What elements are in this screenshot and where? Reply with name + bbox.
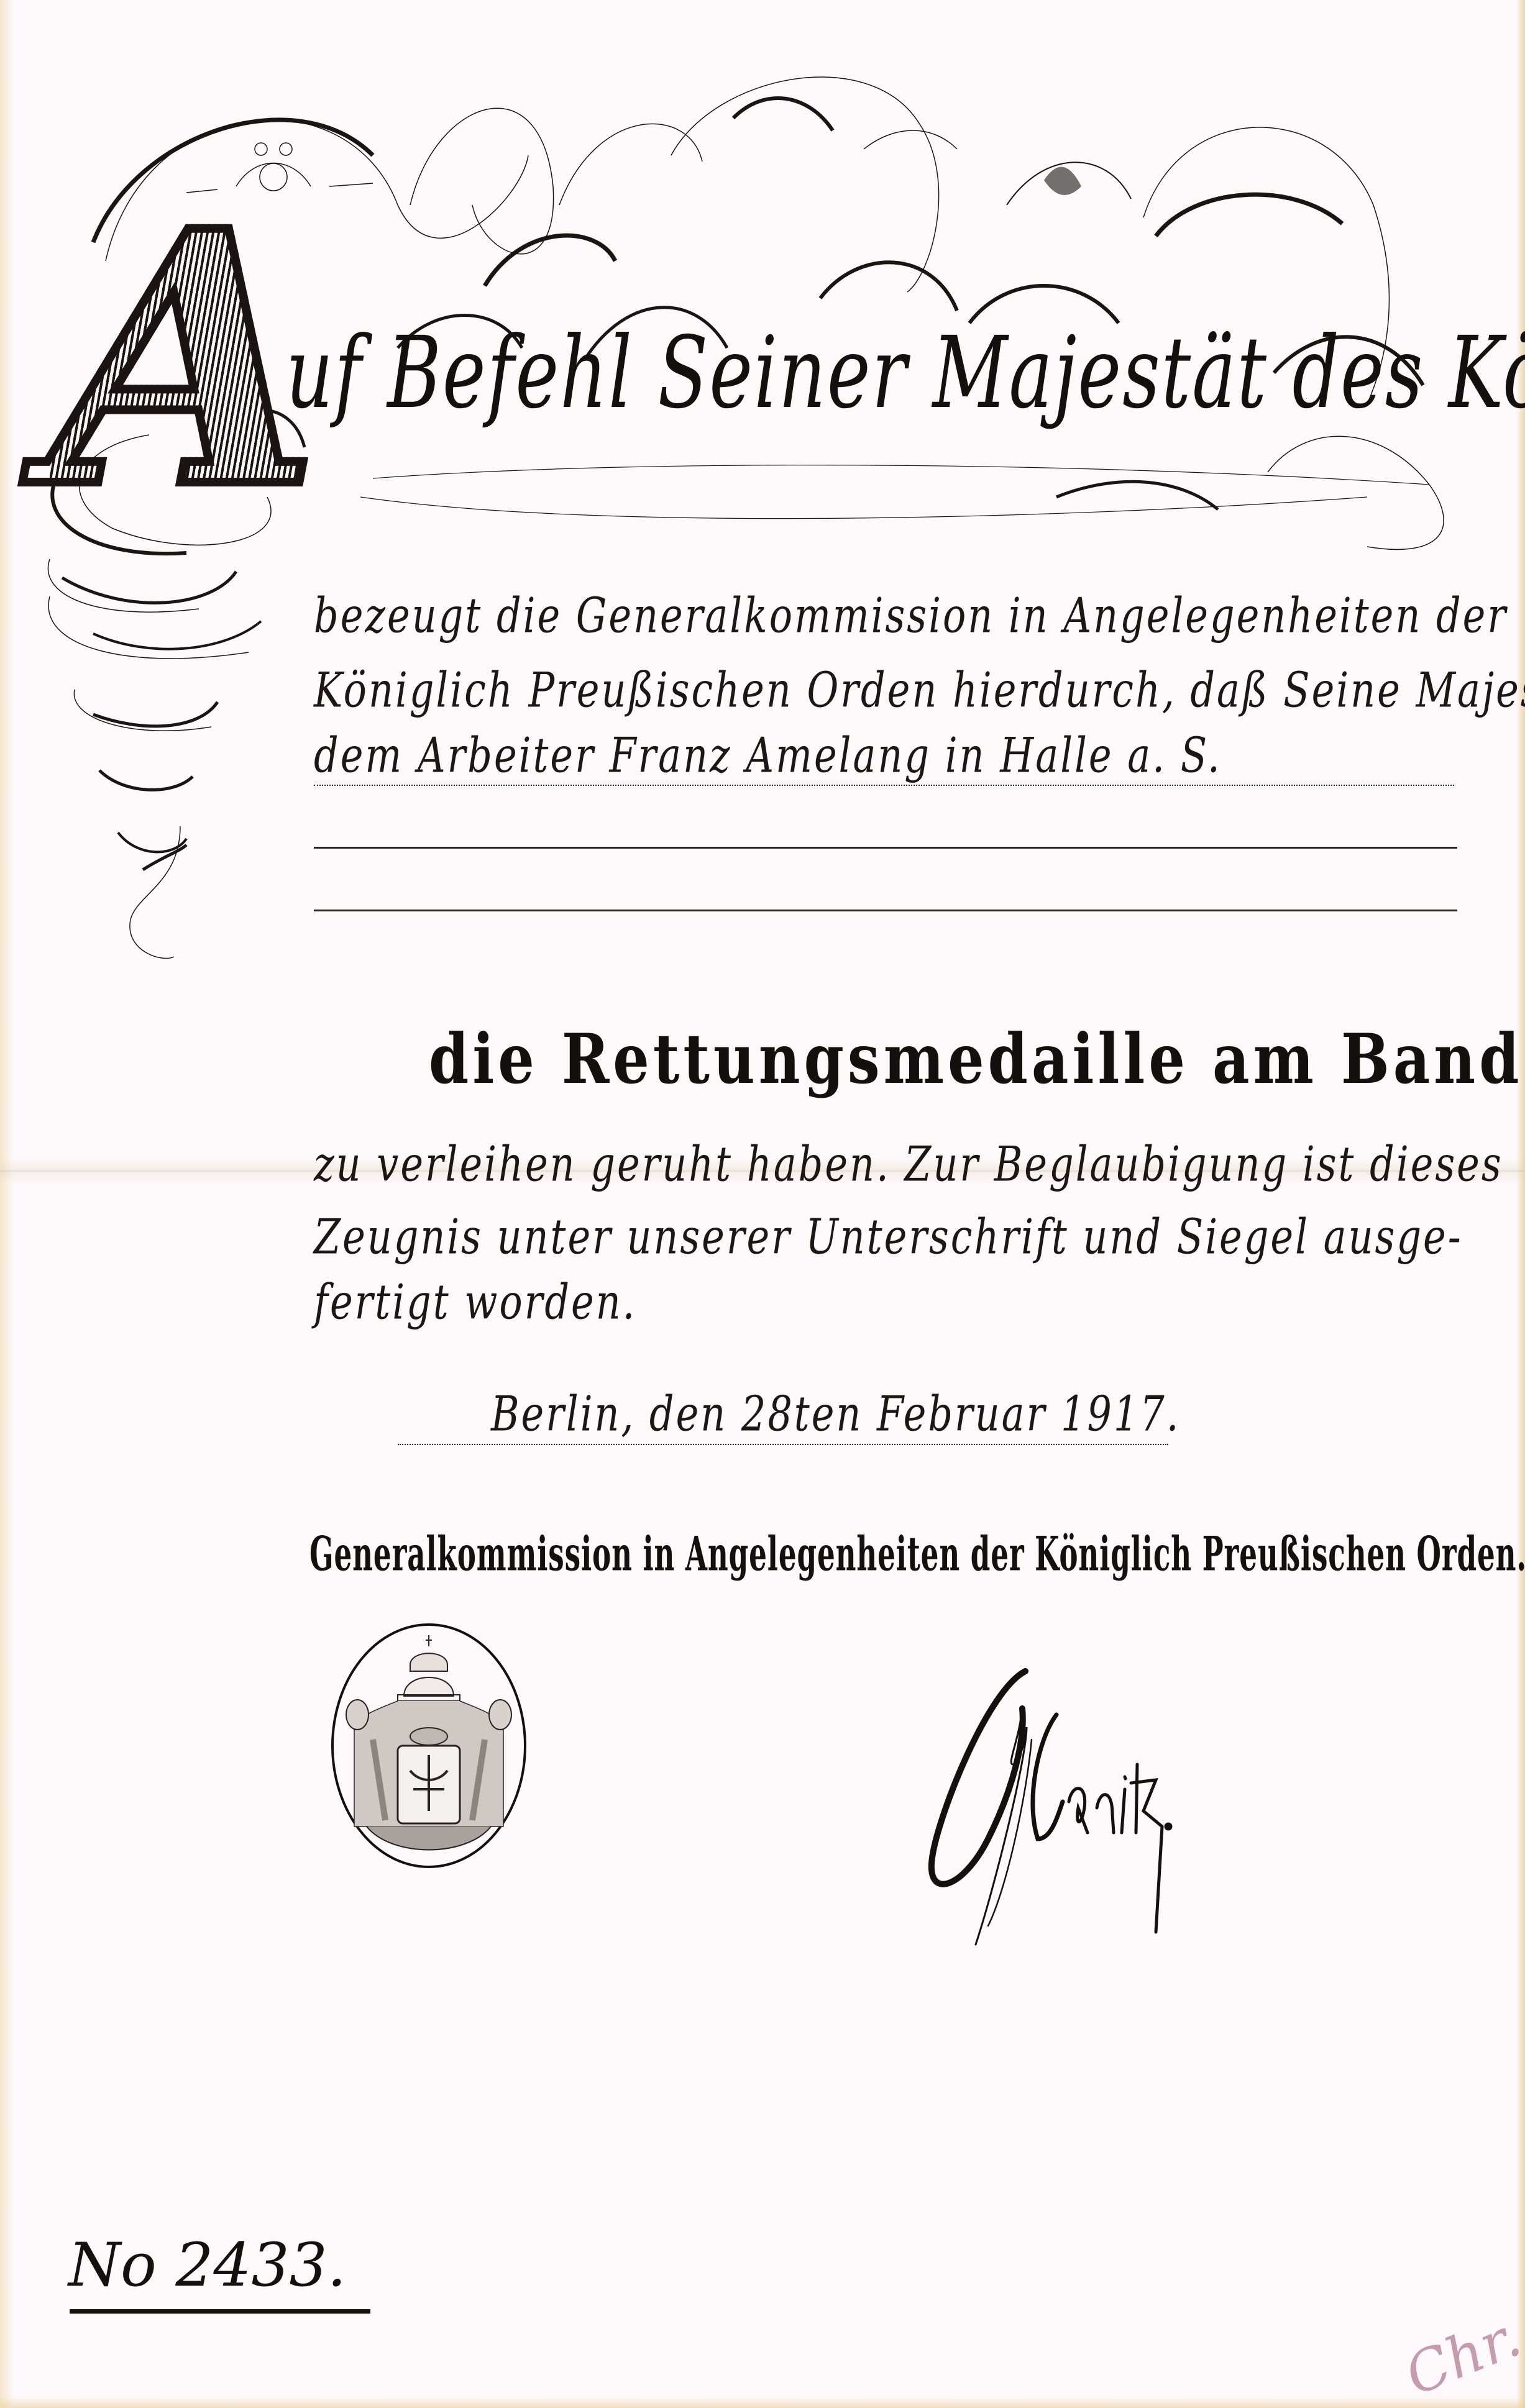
coat-of-arms-seal-icon: [329, 1621, 528, 1870]
closing-line-2: Zeugnis unter unserer Unterschrift und S…: [314, 1208, 1463, 1265]
body-line-1: bezeugt die Generalkommission in Angeleg…: [314, 587, 1463, 644]
blank-line-2: [314, 910, 1457, 911]
closing-line-3: fertigt worden.: [314, 1274, 1463, 1330]
title-initial-letter: A: [50, 186, 320, 534]
signature: [864, 1653, 1249, 1976]
blank-line-1: [314, 847, 1457, 849]
page-title: uf Befehl Seiner Majestät des Königs: [286, 323, 1467, 422]
closing-line-1: zu verleihen geruht haben. Zur Beglaubig…: [314, 1136, 1463, 1192]
issuer-line: Generalkommission in Angelegenheiten der…: [309, 1527, 1337, 1582]
number-underline: [70, 2309, 370, 2314]
body-line-3-recipient: dem Arbeiter Franz Amelang in Halle a. S…: [314, 727, 1463, 783]
award-name: die Rettungsmedaille am Bande: [429, 1019, 1423, 1100]
place-date: Berlin, den 28ten Februar 1917.: [491, 1385, 1525, 1442]
date-underline: [398, 1444, 1168, 1445]
certificate-number: No 2433.: [68, 2230, 346, 2300]
recipient-underline: [314, 785, 1454, 786]
leaf-ornament-icon: [1044, 167, 1081, 195]
body-line-2: Königlich Preußischen Orden hierdurch, d…: [314, 662, 1463, 718]
